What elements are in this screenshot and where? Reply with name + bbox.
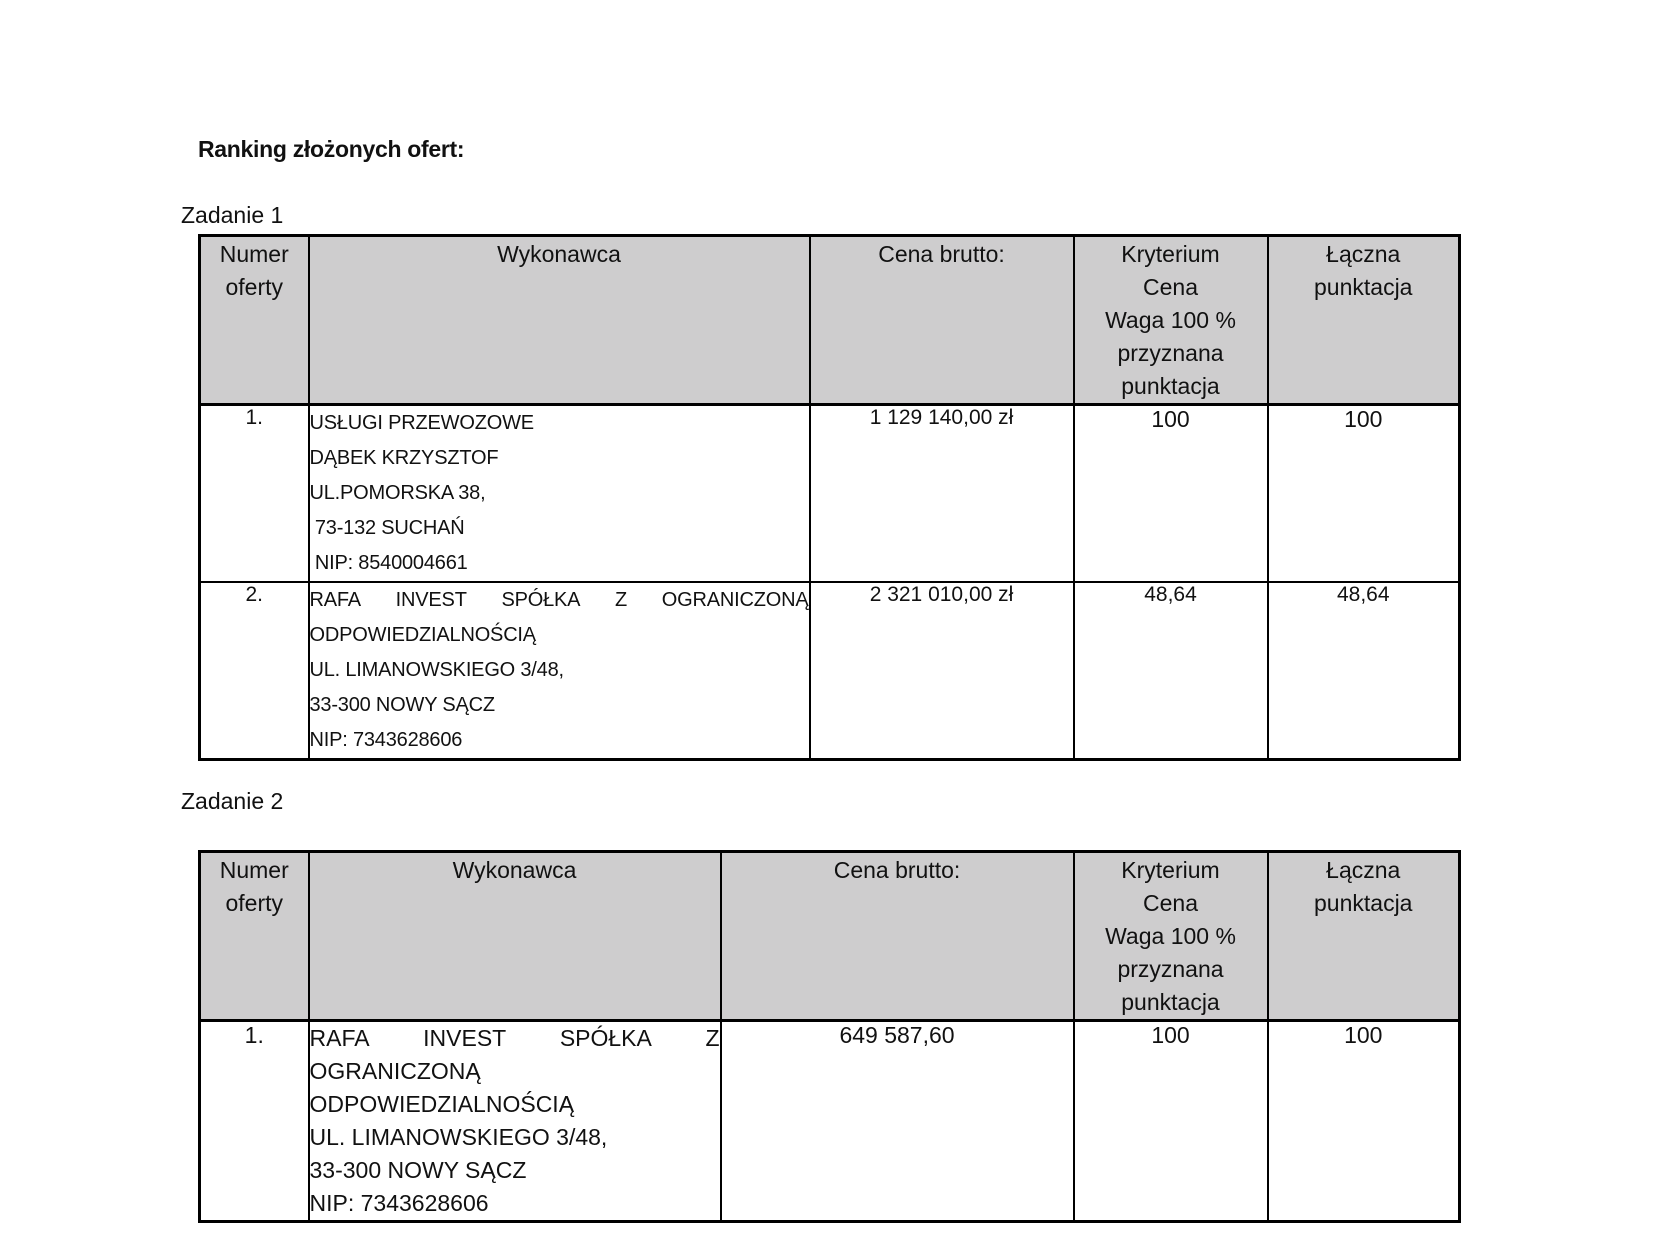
header-kryterium-cena: Kryterium Cena Waga 100 % przyznana punk… [1074, 236, 1268, 405]
table-row: 2. RAFA INVEST SPÓŁKA Z OGRANICZONĄ ODPO… [200, 582, 1460, 760]
gross-price: 2 321 010,00 zł [810, 582, 1074, 760]
table-header-row: Numer oferty Wykonawca Cena brutto: Kryt… [200, 852, 1460, 1021]
contractor-details: RAFA INVEST SPÓŁKA Z OGRANICZONĄ ODPOWIE… [309, 582, 810, 760]
header-numer-oferty: Numer oferty [200, 852, 309, 1021]
gross-price: 649 587,60 [721, 1021, 1074, 1222]
table-row: 1. USŁUGI PRZEWOZOWE DĄBEK KRZYSZTOF UL.… [200, 405, 1460, 583]
header-numer-oferty: Numer oferty [200, 236, 309, 405]
contractor-details: RAFA INVEST SPÓŁKA Z OGRANICZONĄ ODPOWIE… [309, 1021, 721, 1222]
total-score: 100 [1268, 1021, 1460, 1222]
header-cena-brutto: Cena brutto: [721, 852, 1074, 1021]
header-wykonawca: Wykonawca [309, 852, 721, 1021]
header-cena-brutto: Cena brutto: [810, 236, 1074, 405]
gross-price: 1 129 140,00 zł [810, 405, 1074, 583]
table-row: 1. RAFA INVEST SPÓŁKA Z OGRANICZONĄ ODPO… [200, 1021, 1460, 1222]
table-header-row: Numer oferty Wykonawca Cena brutto: Kryt… [200, 236, 1460, 405]
ranking-table-zadanie-1: Numer oferty Wykonawca Cena brutto: Kryt… [198, 234, 1461, 761]
offer-number: 1. [200, 405, 309, 583]
total-score: 48,64 [1268, 582, 1460, 760]
offer-number: 1. [200, 1021, 309, 1222]
offer-number: 2. [200, 582, 309, 760]
header-laczna-punktacja: Łączna punktacja [1268, 236, 1460, 405]
header-laczna-punktacja: Łączna punktacja [1268, 852, 1460, 1021]
contractor-details: USŁUGI PRZEWOZOWE DĄBEK KRZYSZTOF UL.POM… [309, 405, 810, 583]
section-heading-zadanie-1: Zadanie 1 [181, 202, 283, 229]
price-criterion-score: 48,64 [1074, 582, 1268, 760]
price-criterion-score: 100 [1074, 405, 1268, 583]
section-heading-zadanie-2: Zadanie 2 [181, 788, 283, 815]
price-criterion-score: 100 [1074, 1021, 1268, 1222]
ranking-table-zadanie-2: Numer oferty Wykonawca Cena brutto: Kryt… [198, 850, 1461, 1223]
header-wykonawca: Wykonawca [309, 236, 810, 405]
document-title: Ranking złożonych ofert: [198, 136, 464, 163]
header-kryterium-cena: Kryterium Cena Waga 100 % przyznana punk… [1074, 852, 1268, 1021]
total-score: 100 [1268, 405, 1460, 583]
